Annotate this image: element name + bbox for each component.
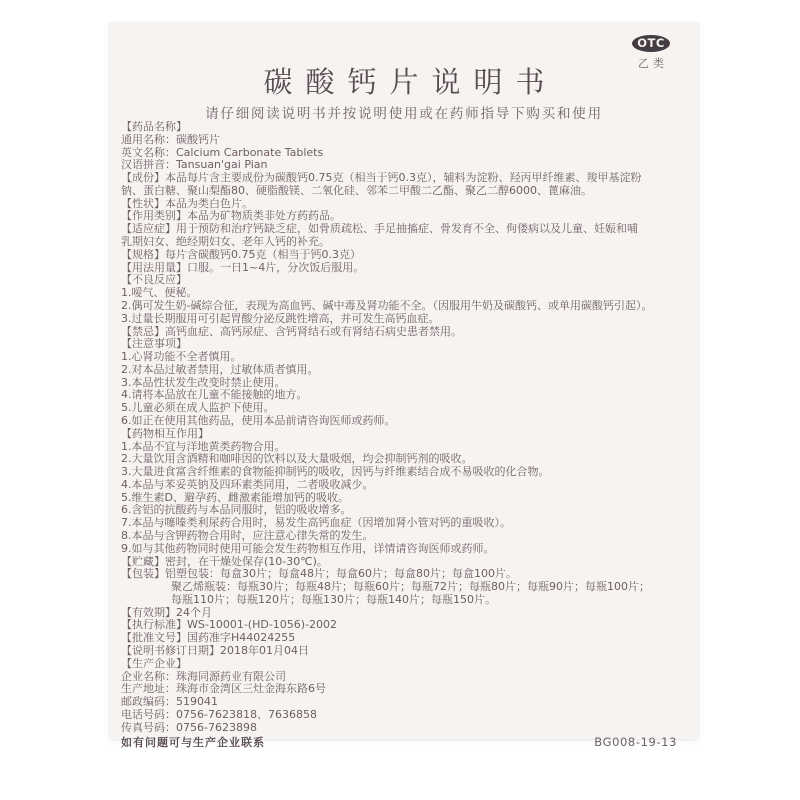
insert-line: 【执行标准】WS-10001-(HD-1056)-2002 xyxy=(121,619,689,632)
insert-line: 聚乙烯瓶装：每瓶30片；每瓶48片；每瓶60片；每瓶72片；每瓶80片；每瓶90… xyxy=(121,581,689,594)
insert-line: 【不良反应】 xyxy=(121,274,689,287)
footer-contact-note: 如有问题可与生产企业联系 xyxy=(121,734,265,750)
insert-line: 钠、蛋白糖、聚山梨酯80、硬脂酸镁、二氧化硅、邻苯二甲酸二乙酯、聚乙二醇6000… xyxy=(121,185,689,198)
insert-line: 【适应症】用于预防和治疗钙缺乏症，如骨质疏松、手足抽搐症、骨发育不全、佝偻病以及… xyxy=(121,223,689,236)
insert-line: 【贮藏】密封，在干燥处保存(10-30℃)。 xyxy=(121,556,689,569)
insert-line: 2.偶可发生奶-碱综合征，表现为高血钙、碱中毒及肾功能不全。（因服用牛奶及碳酸钙… xyxy=(121,300,689,313)
otc-label: OTC xyxy=(632,35,670,52)
insert-line: 5.儿童必须在成人监护下使用。 xyxy=(121,402,689,415)
insert-line: 1.嗳气、便秘。 xyxy=(121,287,689,300)
insert-line: 乳期妇女、绝经期妇女、老年人钙的补充。 xyxy=(121,236,689,249)
footer-row: 如有问题可与生产企业联系 BG008-19-13 xyxy=(121,734,677,750)
insert-line: 传真号码：0756-7623898 xyxy=(121,722,689,735)
insert-line: 【包装】铝塑包装：每盒30片；每盒48片；每盒60片；每盒80片；每盒100片。 xyxy=(121,568,689,581)
insert-line: 1.本品不宜与洋地黄类药物合用。 xyxy=(121,441,689,454)
leaflet-title: 碳酸钙片说明书 xyxy=(110,60,698,101)
insert-line: 3.本品性状发生改变时禁止使用。 xyxy=(121,377,689,390)
insert-line: 7.本品与噻嗪类利尿药合用时，易发生高钙血症（因增加肾小管对钙的重吸收）。 xyxy=(121,517,689,530)
leaflet-subtitle: 请仔细阅读说明书并按说明使用或在药师指导下购买和使用 xyxy=(110,102,698,122)
insert-line: 【生产企业】 xyxy=(121,658,689,671)
insert-line: 2.大量饮用含酒精和咖啡因的饮料以及大量吸烟，均会抑制钙剂的吸收。 xyxy=(121,453,689,466)
insert-line: 【注意事项】 xyxy=(121,338,689,351)
insert-line: 8.本品与含钾药物合用时，应注意心律失常的发生。 xyxy=(121,530,689,543)
insert-line: 【禁忌】高钙血症、高钙尿症、含钙肾结石或有肾结石病史患者禁用。 xyxy=(121,326,689,339)
insert-line: 【作用类别】本品为矿物质类非处方药药品。 xyxy=(121,210,689,223)
insert-line: 英文名称：Calcium Carbonate Tablets xyxy=(121,147,689,160)
insert-line: 通用名称：碳酸钙片 xyxy=(121,134,689,147)
insert-line: 3.大量进食富含纤维素的食物能抑制钙的吸收，因钙与纤维素结合成不易吸收的化合物。 xyxy=(121,466,689,479)
insert-line: 【批准文号】国药准字H44024255 xyxy=(121,632,689,645)
insert-line: 3.过量长期服用可引起胃酸分泌反跳性增高，并可发生高钙血症。 xyxy=(121,313,689,326)
photo-background: 碳酸钙片说明书 请仔细阅读说明书并按说明使用或在药师指导下购买和使用 OTC 乙… xyxy=(0,0,800,800)
insert-line: 9.如与其他药物同时使用可能会发生药物相互作用，详情请咨询医师或药师。 xyxy=(121,543,689,556)
otc-badge: OTC 乙类 xyxy=(632,35,670,71)
insert-line: 【规格】每片含碳酸钙0.75克（相当于钙0.3克） xyxy=(121,249,689,262)
insert-line: 邮政编码：519041 xyxy=(121,696,689,709)
insert-line: 【药物相互作用】 xyxy=(121,428,689,441)
insert-line: 【用法用量】口服。一日1~4片，分次饭后服用。 xyxy=(121,262,689,275)
insert-line: 电话号码：0756-7623818、7636858 xyxy=(121,709,689,722)
body-lines: 【药品名称】通用名称：碳酸钙片英文名称：Calcium Carbonate Ta… xyxy=(121,121,689,735)
insert-line: 【药品名称】 xyxy=(121,121,689,134)
insert-line: 每瓶110片；每瓶120片；每瓶130片；每瓶140片；每瓶150片。 xyxy=(121,594,689,607)
leaflet-paper: 碳酸钙片说明书 请仔细阅读说明书并按说明使用或在药师指导下购买和使用 OTC 乙… xyxy=(110,23,698,739)
insert-line: 【说明书修订日期】2018年01月04日 xyxy=(121,645,689,658)
insert-line: 1.心肾功能不全者慎用。 xyxy=(121,351,689,364)
insert-line: 6.含铝的抗酸药与本品同服时，铝的吸收增多。 xyxy=(121,504,689,517)
insert-line: 4.本品与苯妥英钠及四环素类同用，二者吸收减少。 xyxy=(121,479,689,492)
insert-line: 4.请将本品放在儿童不能接触的地方。 xyxy=(121,389,689,402)
insert-line: 6.如正在使用其他药品，使用本品前请咨询医师或药师。 xyxy=(121,415,689,428)
footer-batch-code: BG008-19-13 xyxy=(594,735,677,749)
insert-line: 5.维生素D、避孕药、雌激素能增加钙的吸收。 xyxy=(121,492,689,505)
insert-line: 企业名称：珠海同源药业有限公司 xyxy=(121,671,689,684)
insert-line: 汉语拼音：Tansuan'gai Pian xyxy=(121,159,689,172)
insert-line: 2.对本品过敏者禁用，过敏体质者慎用。 xyxy=(121,364,689,377)
otc-category-label: 乙类 xyxy=(632,55,670,71)
insert-line: 【成份】本品每片含主要成份为碳酸钙0.75克（相当于钙0.3克），辅料为淀粉、羟… xyxy=(121,172,689,185)
insert-line: 【性状】本品为类白色片。 xyxy=(121,198,689,211)
insert-line: 【有效期】24个月 xyxy=(121,607,689,620)
insert-line: 生产地址：珠海市金湾区三灶金海东路6号 xyxy=(121,683,689,696)
